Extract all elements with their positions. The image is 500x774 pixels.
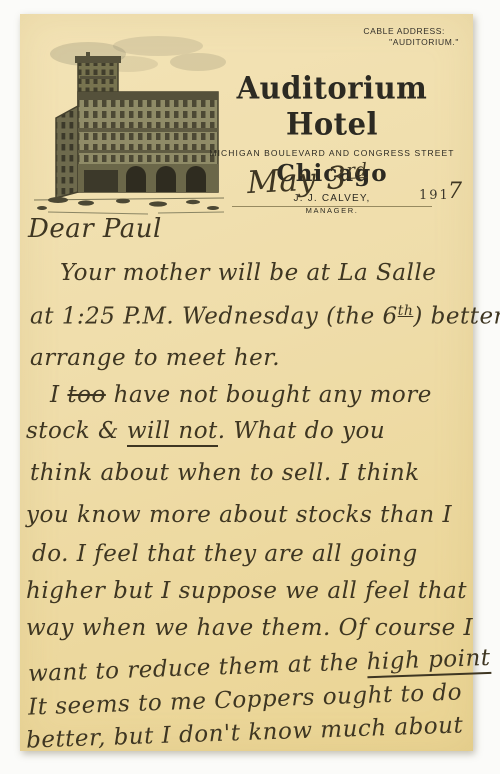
cable-address-label: CABLE ADDRESS: xyxy=(363,26,445,37)
line-text: you know more about stocks than I xyxy=(26,502,452,528)
letter-line-10: way when we have them. Of course I xyxy=(26,615,473,641)
line-text: ) better xyxy=(413,304,500,330)
letter-paper: CABLE ADDRESS: "AUDITORIUM." Auditorium … xyxy=(20,14,473,751)
letter-line-8: do. I feel that they are all going xyxy=(32,541,418,567)
line-text: Your mother will be at La Salle xyxy=(60,260,436,286)
line-text: arrange to meet her. xyxy=(30,345,280,371)
line-text: at 1:25 P.M. Wednesday (the 6 xyxy=(30,304,398,330)
letter-line-5: stock & will not. What do you xyxy=(26,418,385,444)
date-month-day: May 3 xyxy=(246,160,348,201)
letter-line-2: at 1:25 P.M. Wednesday (the 6th) better xyxy=(30,303,500,330)
line-text: I xyxy=(50,382,67,408)
line-text: think about when to sell. I think xyxy=(30,460,420,486)
salutation: Dear Paul xyxy=(28,214,162,244)
letter-line-7: you know more about stocks than I xyxy=(26,502,452,528)
handwritten-date: May 3rd xyxy=(246,159,369,201)
struck-word: too xyxy=(67,382,105,408)
letter-line-9: higher but I suppose we all feel that xyxy=(26,578,467,604)
letter-line-6: think about when to sell. I think xyxy=(30,460,420,486)
handwritten-year-digit: 7 xyxy=(448,179,463,204)
date-ordinal: rd xyxy=(346,160,368,182)
hotel-name: Auditorium Hotel xyxy=(198,70,466,141)
line-text: have not bought any more xyxy=(106,382,432,408)
printed-year-prefix: 191 xyxy=(419,188,450,203)
line-text: higher but I suppose we all feel that xyxy=(26,578,467,604)
line-text: want to reduce them at the xyxy=(28,649,367,687)
line-text: do. I feel that they are all going xyxy=(32,541,418,567)
letter-line-4: I too have not bought any more xyxy=(50,382,432,408)
line-text: . What do you xyxy=(218,418,385,444)
manager-title: MANAGER. xyxy=(198,206,466,215)
underlined-phrase: high point xyxy=(366,645,491,678)
street-address: MICHIGAN BOULEVARD AND CONGRESS STREET xyxy=(198,148,466,158)
letter-line-1: Your mother will be at La Salle xyxy=(60,260,436,286)
line-superscript: th xyxy=(398,303,414,319)
cable-address: CABLE ADDRESS: "AUDITORIUM." xyxy=(363,26,459,48)
date-rule-line xyxy=(232,206,432,207)
line-text: better, but I don't know much about xyxy=(26,712,464,753)
letter-line-3: arrange to meet her. xyxy=(30,345,280,371)
underlined-phrase: will not xyxy=(127,418,218,447)
letter-line-13: better, but I don't know much about xyxy=(26,712,464,753)
cable-address-value: "AUDITORIUM." xyxy=(363,37,459,48)
line-text: stock & xyxy=(26,418,127,444)
line-text: way when we have them. Of course I xyxy=(26,615,473,641)
